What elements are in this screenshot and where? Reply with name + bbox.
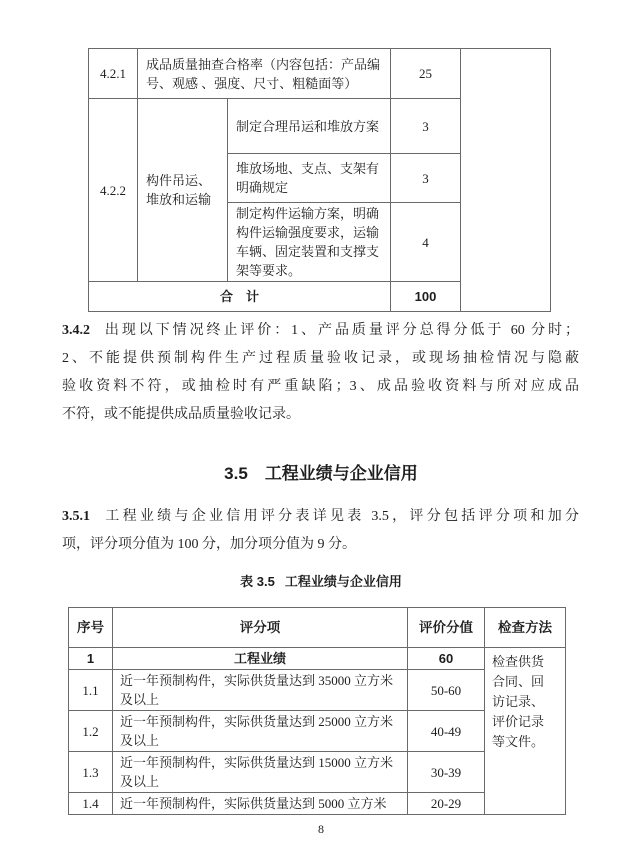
caption-title: 工程业绩与企业信用 <box>285 574 402 589</box>
item-cell: 堆放场地、支点、支架有 明确规定 <box>228 154 391 203</box>
item-cell: 制定合理吊运和堆放方案 <box>228 99 391 154</box>
method-line: 访记录、 <box>492 692 558 712</box>
header-score: 评价分值 <box>408 608 485 648</box>
row-no-cell: 1 <box>69 648 113 670</box>
row-no-cell: 1.1 <box>69 670 113 711</box>
score-cell: 4 <box>391 203 461 282</box>
item-line: 明确规定 <box>236 178 382 197</box>
paragraph-line: 不符，或不能提供成品质量验收记录。 <box>62 401 579 429</box>
section-heading-3-5: 3.5工程业绩与企业信用 <box>0 462 642 486</box>
item-line: 架等要求。 <box>236 261 382 280</box>
item-line: 构件运输强度要求，运输 <box>236 223 382 242</box>
score-cell: 3 <box>391 99 461 154</box>
total-score-cell: 100 <box>391 282 461 312</box>
row-id-cell: 4.2.1 <box>89 49 138 99</box>
method-line: 检查供货 <box>492 652 558 672</box>
table-3-5-caption: 表 3.5工程业绩与企业信用 <box>0 572 642 592</box>
paragraph-text: 工程业绩与企业信用评分表详见表 3.5，评分包括评分项和加分 <box>102 509 579 524</box>
paragraph-line: 验收资料不符，或抽检时有严重缺陷；3、成品验收资料与所对应成品 <box>62 373 579 401</box>
score-cell: 3 <box>391 154 461 203</box>
method-line: 合同、回 <box>492 672 558 692</box>
score-cell: 60 <box>408 648 485 670</box>
paragraph-line: 项，评分项分值为 100 分，加分项分值为 9 分。 <box>62 531 579 559</box>
item-line: 车辆、固定装置和支撑支 <box>236 242 382 261</box>
item-line: 近一年预制构件，实际供货量达到 35000 立方米 <box>120 671 400 690</box>
item-line: 近一年预制构件，实际供货量达到 25000 立方米 <box>120 712 400 731</box>
item-line: 成品质量抽查合格率（内容包括：产品编 <box>146 55 382 74</box>
score-cell: 50-60 <box>408 670 485 711</box>
table-3-5: 序号 评分项 评价分值 检查方法 1 工程业绩 60 检查供货 合同、回 访记录… <box>68 607 566 815</box>
section-title: 工程业绩与企业信用 <box>265 464 418 483</box>
clause-number: 3.5.1 <box>62 509 90 524</box>
item-line: 制定构件运输方案，明确 <box>236 204 382 223</box>
item-cell: 近一年预制构件，实际供货量达到 25000 立方米 及以上 <box>113 711 408 752</box>
check-method-empty-cell <box>461 49 551 312</box>
row-id-cell: 4.2.2 <box>89 99 138 282</box>
method-line: 评价记录 <box>492 712 558 732</box>
clause-3-5-1: 3.5.1工程业绩与企业信用评分表详见表 3.5，评分包括评分项和加分 项，评分… <box>62 503 579 559</box>
item-cell: 近一年预制构件，实际供货量达到 35000 立方米 及以上 <box>113 670 408 711</box>
paragraph-text: 出现以下情况终止评价：1、产品质量评分总得分低于 60 分时； <box>102 323 579 338</box>
item-line: 号、观感 、强度、尺寸、粗糙面等） <box>146 74 382 93</box>
check-method-cell: 检查供货 合同、回 访记录、 评价记录 等文件。 <box>485 648 566 815</box>
item-line: 堆放场地、支点、支架有 <box>236 159 382 178</box>
item-cell: 成品质量抽查合格率（内容包括：产品编 号、观感 、强度、尺寸、粗糙面等） <box>138 49 391 99</box>
score-cell: 25 <box>391 49 461 99</box>
paragraph-line: 2、不能提供预制构件生产过程质量验收记录，或现场抽检情况与隐蔽 <box>62 345 579 373</box>
item-line: 近一年预制构件，实际供货量达到 5000 立方米 <box>120 794 400 813</box>
score-cell: 20-29 <box>408 793 485 815</box>
header-item: 评分项 <box>113 608 408 648</box>
row-no-cell: 1.3 <box>69 752 113 793</box>
item-cell: 工程业绩 <box>113 648 408 670</box>
item-cell: 近一年预制构件，实际供货量达到 15000 立方米 及以上 <box>113 752 408 793</box>
item-line: 及以上 <box>120 731 400 750</box>
paragraph-line: 3.5.1工程业绩与企业信用评分表详见表 3.5，评分包括评分项和加分 <box>62 503 579 531</box>
row-no-cell: 1.4 <box>69 793 113 815</box>
score-cell: 40-49 <box>408 711 485 752</box>
item-line: 及以上 <box>120 772 400 791</box>
document-page: 4.2.1 成品质量抽查合格率（内容包括：产品编 号、观感 、强度、尺寸、粗糙面… <box>0 0 642 866</box>
header-no: 序号 <box>69 608 113 648</box>
row-no-cell: 1.2 <box>69 711 113 752</box>
item-line: 及以上 <box>120 690 400 709</box>
score-cell: 30-39 <box>408 752 485 793</box>
page-number: 8 <box>0 822 642 837</box>
scoring-table-continued: 4.2.1 成品质量抽查合格率（内容包括：产品编 号、观感 、强度、尺寸、粗糙面… <box>88 48 551 312</box>
category-line: 堆放和运输 <box>146 190 219 209</box>
caption-label: 表 3.5 <box>240 574 275 589</box>
paragraph-line: 3.4.2出现以下情况终止评价：1、产品质量评分总得分低于 60 分时； <box>62 317 579 345</box>
clause-number: 3.4.2 <box>62 323 90 338</box>
method-line: 等文件。 <box>492 732 558 752</box>
clause-3-4-2: 3.4.2出现以下情况终止评价：1、产品质量评分总得分低于 60 分时； 2、不… <box>62 317 579 429</box>
header-method: 检查方法 <box>485 608 566 648</box>
total-label-cell: 合 计 <box>89 282 391 312</box>
item-cell: 近一年预制构件，实际供货量达到 5000 立方米 <box>113 793 408 815</box>
section-number: 3.5 <box>224 464 248 483</box>
item-cell: 制定构件运输方案，明确 构件运输强度要求，运输 车辆、固定装置和支撑支 架等要求… <box>228 203 391 282</box>
category-line: 构件吊运、 <box>146 171 219 190</box>
category-cell: 构件吊运、 堆放和运输 <box>138 99 228 282</box>
item-line: 近一年预制构件，实际供货量达到 15000 立方米 <box>120 753 400 772</box>
